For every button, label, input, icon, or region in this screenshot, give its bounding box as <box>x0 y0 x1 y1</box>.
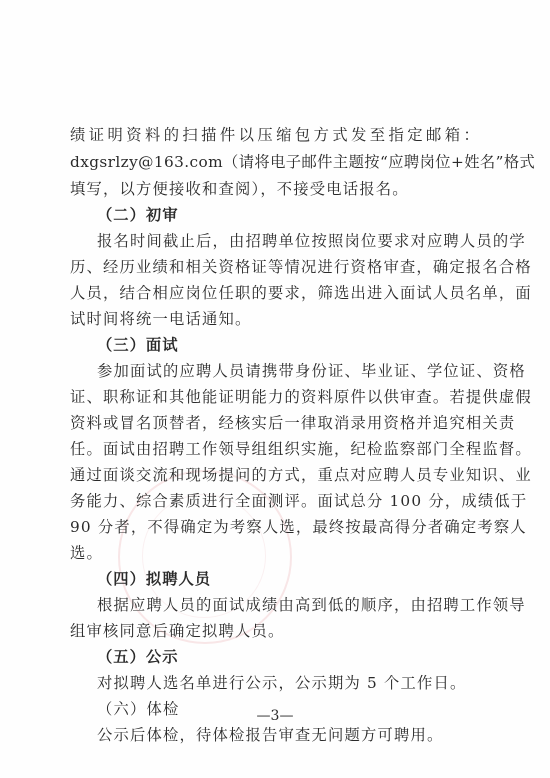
text-line: 报名时间截止后，由招聘单位按照岗位要求对应聘人员的学 <box>97 230 526 252</box>
section-heading-public-notice: （五）公示 <box>97 646 179 668</box>
text-line: 历、经历业绩和相关资格证等情况进行资格审查，确定报名合格 <box>70 256 532 278</box>
text-line: 公示后体检，待体检报告审查无问题方可聘用。 <box>97 724 443 746</box>
text-line: 通过面谈交流和现场提问的方式，重点对应聘人员专业知识、业 <box>70 464 532 486</box>
section-heading-interview: （三）面试 <box>97 334 179 356</box>
text-line: 选。 <box>70 542 103 564</box>
text-line-email: dxgsrlzy@163.com（请将电子邮件主题按“应聘岗位+姓名”格式 <box>70 151 480 173</box>
text-line: 90 分者，不得确定为考察人选，最终按最高得分者确定考察人 <box>70 516 527 538</box>
text-line: 对拟聘人选名单进行公示，公示期为 5 个工作日。 <box>97 672 467 694</box>
section-heading-proposed-hires: （四）拟聘人员 <box>97 568 211 590</box>
text-line: 绩证明资料的扫描件以压缩包方式发至指定邮箱： <box>70 124 480 146</box>
text-line: 根据应聘人员的面试成绩由高到低的顺序，由招聘工作领导 <box>97 594 526 616</box>
page-number: —3— <box>0 708 550 724</box>
text-line: 务能力、综合素质进行全面测评。面试总分 100 分，成绩低于 <box>70 490 527 512</box>
document-page: 绩证明资料的扫描件以压缩包方式发至指定邮箱： dxgsrlzy@163.com（… <box>0 0 550 778</box>
text-line: 人员，结合相应岗位任职的要求，筛选出进入面试人员名单，面 <box>70 282 532 304</box>
text-line: 试时间将统一电话通知。 <box>70 308 251 330</box>
text-line: 资料或冒名顶替者，经核实后一律取消录用资格并追究相关责 <box>70 412 515 434</box>
text-line: 填写，以方便接收和查阅），不接受电话报名。 <box>70 178 409 200</box>
text-line: 组审核同意后确定拟聘人员。 <box>70 620 284 642</box>
text-line: 参加面试的应聘人员请携带身份证、毕业证、学位证、资格 <box>97 360 526 382</box>
text-line: 任。面试由招聘工作领导组组织实施，纪检监察部门全程监督。 <box>70 438 532 460</box>
text-line: 证、职称证和其他能证明能力的资料原件以供审查。若提供虚假 <box>70 386 532 408</box>
section-heading-preliminary-review: （二）初审 <box>97 204 179 226</box>
